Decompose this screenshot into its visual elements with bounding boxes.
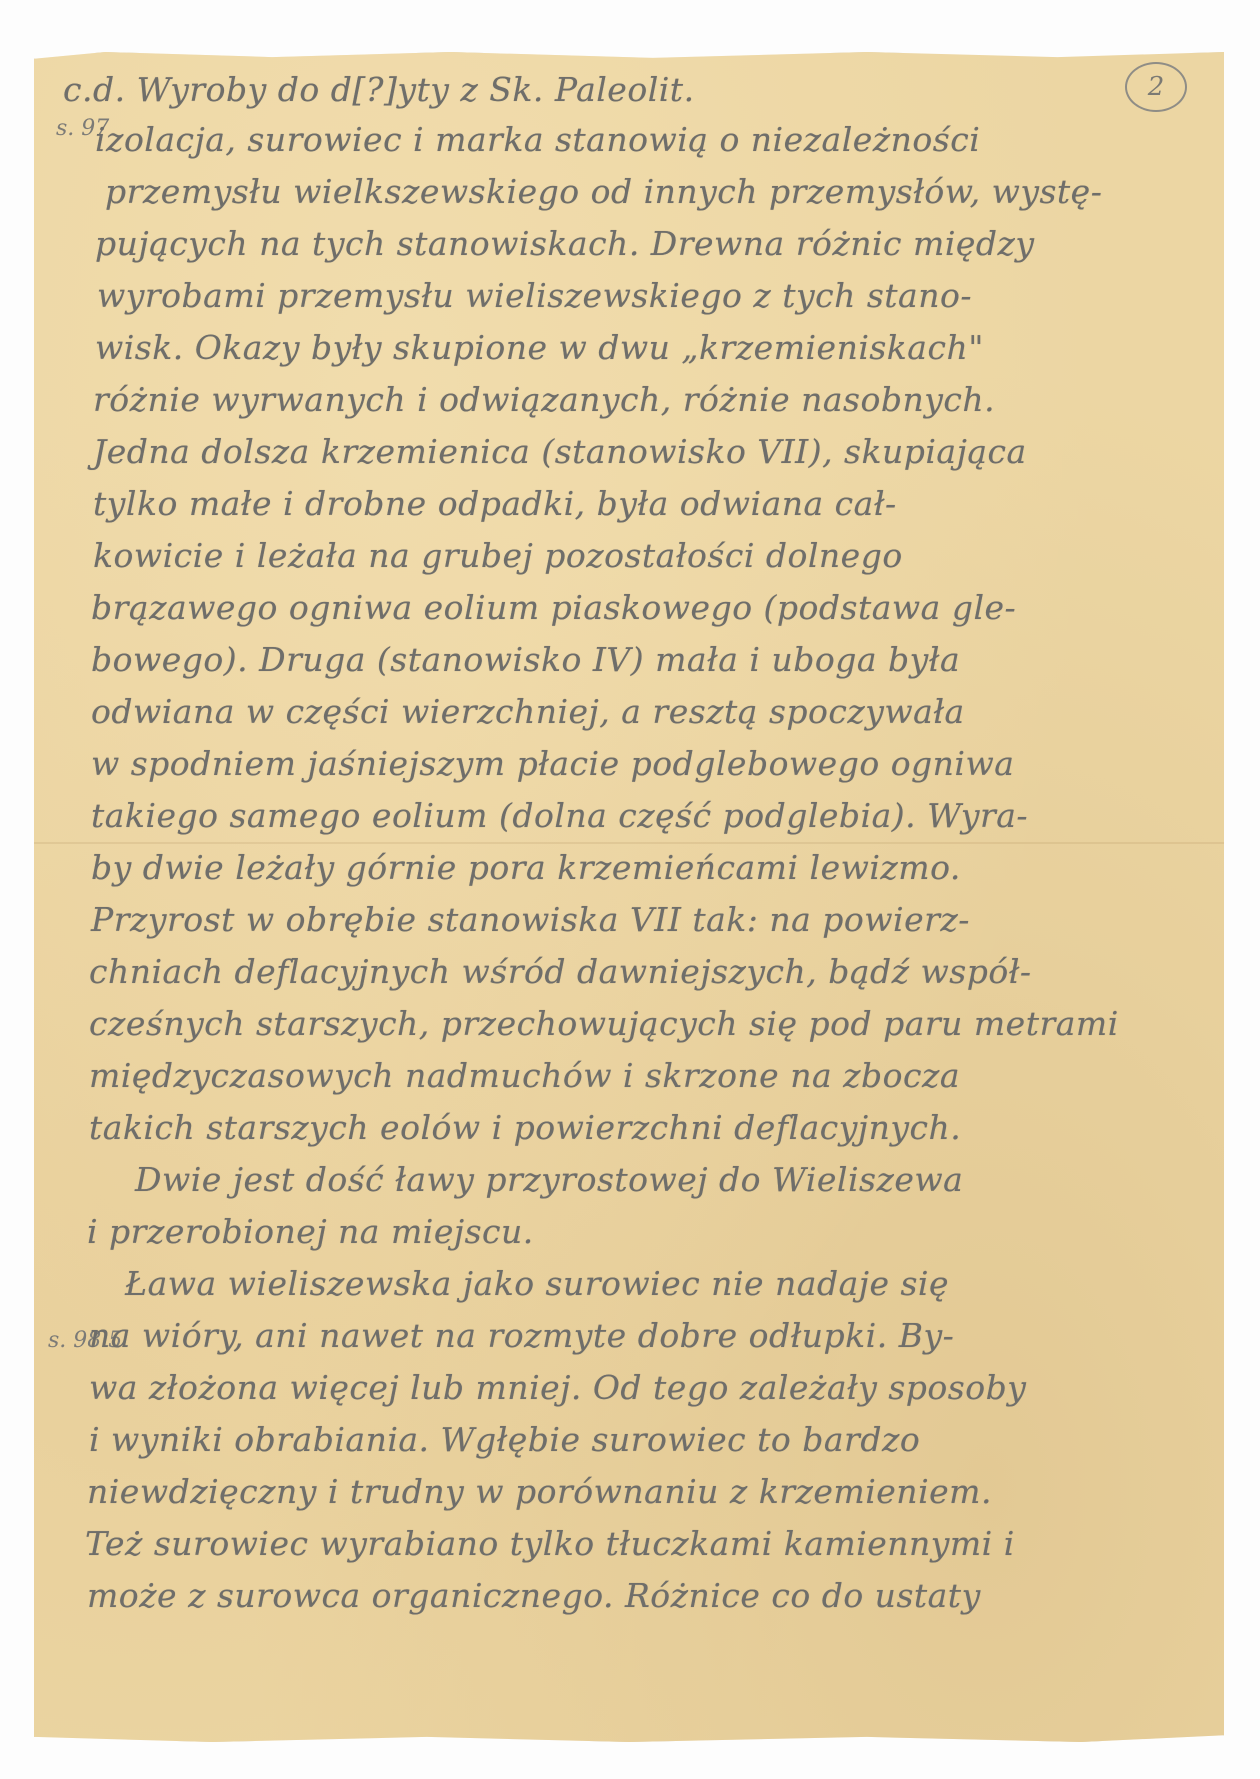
handwritten-line: Jedna dolsza krzemienica (stanowisko VII… (93, 432, 1027, 471)
handwritten-line: cześnych starszych, przechowujących się … (89, 1004, 1119, 1043)
handwritten-line: różnie wyrwanych i odwiązanych, różnie n… (93, 380, 995, 419)
handwritten-line: na wióry, ani nawet na rozmyte dobre odł… (89, 1316, 954, 1355)
handwritten-line: chniach deflacyjnych wśród dawniejszych,… (89, 952, 1032, 991)
handwritten-line: i wyniki obrabiania. Wgłębie surowiec to… (89, 1420, 920, 1459)
handwritten-line: bowego). Druga (stanowisko IV) mała i ub… (91, 640, 960, 679)
handwritten-line: może z surowca organicznego. Różnice co … (87, 1576, 981, 1615)
handwritten-line: brązawego ogniwa eolium piaskowego (pods… (91, 588, 1016, 627)
paper-fold-line (34, 842, 1224, 844)
handwritten-line: izolacja, surowiec i marka stanowią o ni… (95, 120, 980, 159)
handwritten-line: wyrobami przemysłu wieliszewskiego z tyc… (97, 276, 972, 315)
handwritten-line: takich starszych eolów i powierzchni def… (89, 1108, 961, 1147)
handwritten-line: odwiana w części wierzchniej, a resztą s… (91, 692, 965, 731)
handwritten-line: międzyczasowych nadmuchów i skrzone na z… (89, 1056, 960, 1095)
handwritten-line: w spodniem jaśniejszym płacie podglebowe… (91, 744, 1014, 783)
handwritten-line: niewdzięczny i trudny w porównaniu z krz… (87, 1472, 992, 1511)
circled-page-number: 2 (1125, 62, 1187, 112)
handwritten-line: takiego samego eolium (dolna część podgl… (91, 796, 1028, 835)
handwritten-line: Ława wieliszewska jako surowiec nie nada… (125, 1264, 949, 1303)
handwritten-line-paragraph-start: Dwie jest dość ławy przyrostowej do Wiel… (135, 1160, 963, 1199)
handwritten-line-header: c.d. Wyroby do d[?]yty z Sk. Paleolit. (63, 70, 695, 109)
handwritten-line: Przyrost w obrębie stanowiska VII tak: n… (91, 900, 970, 939)
handwritten-line: by dwie leżały górnie pora krzemieńcami … (91, 848, 961, 887)
handwritten-line: Też surowiec wyrabiano tylko tłuczkami k… (85, 1524, 1015, 1563)
handwritten-line: wisk. Okazy były skupione w dwu „krzemie… (95, 328, 984, 367)
handwritten-line: przemysłu wielkszewskiego od innych prze… (105, 172, 1102, 211)
handwritten-line: i przerobionej na miejscu. (87, 1212, 534, 1251)
handwritten-line: kowicie i leżała na grubej pozostałości … (93, 536, 903, 575)
handwritten-line: tylko małe i drobne odpadki, była odwian… (93, 484, 897, 523)
handwritten-line: wa złożona więcej lub mniej. Od tego zal… (89, 1368, 1026, 1407)
handwritten-line: pujących na tych stanowiskach. Drewna ró… (95, 224, 1035, 263)
